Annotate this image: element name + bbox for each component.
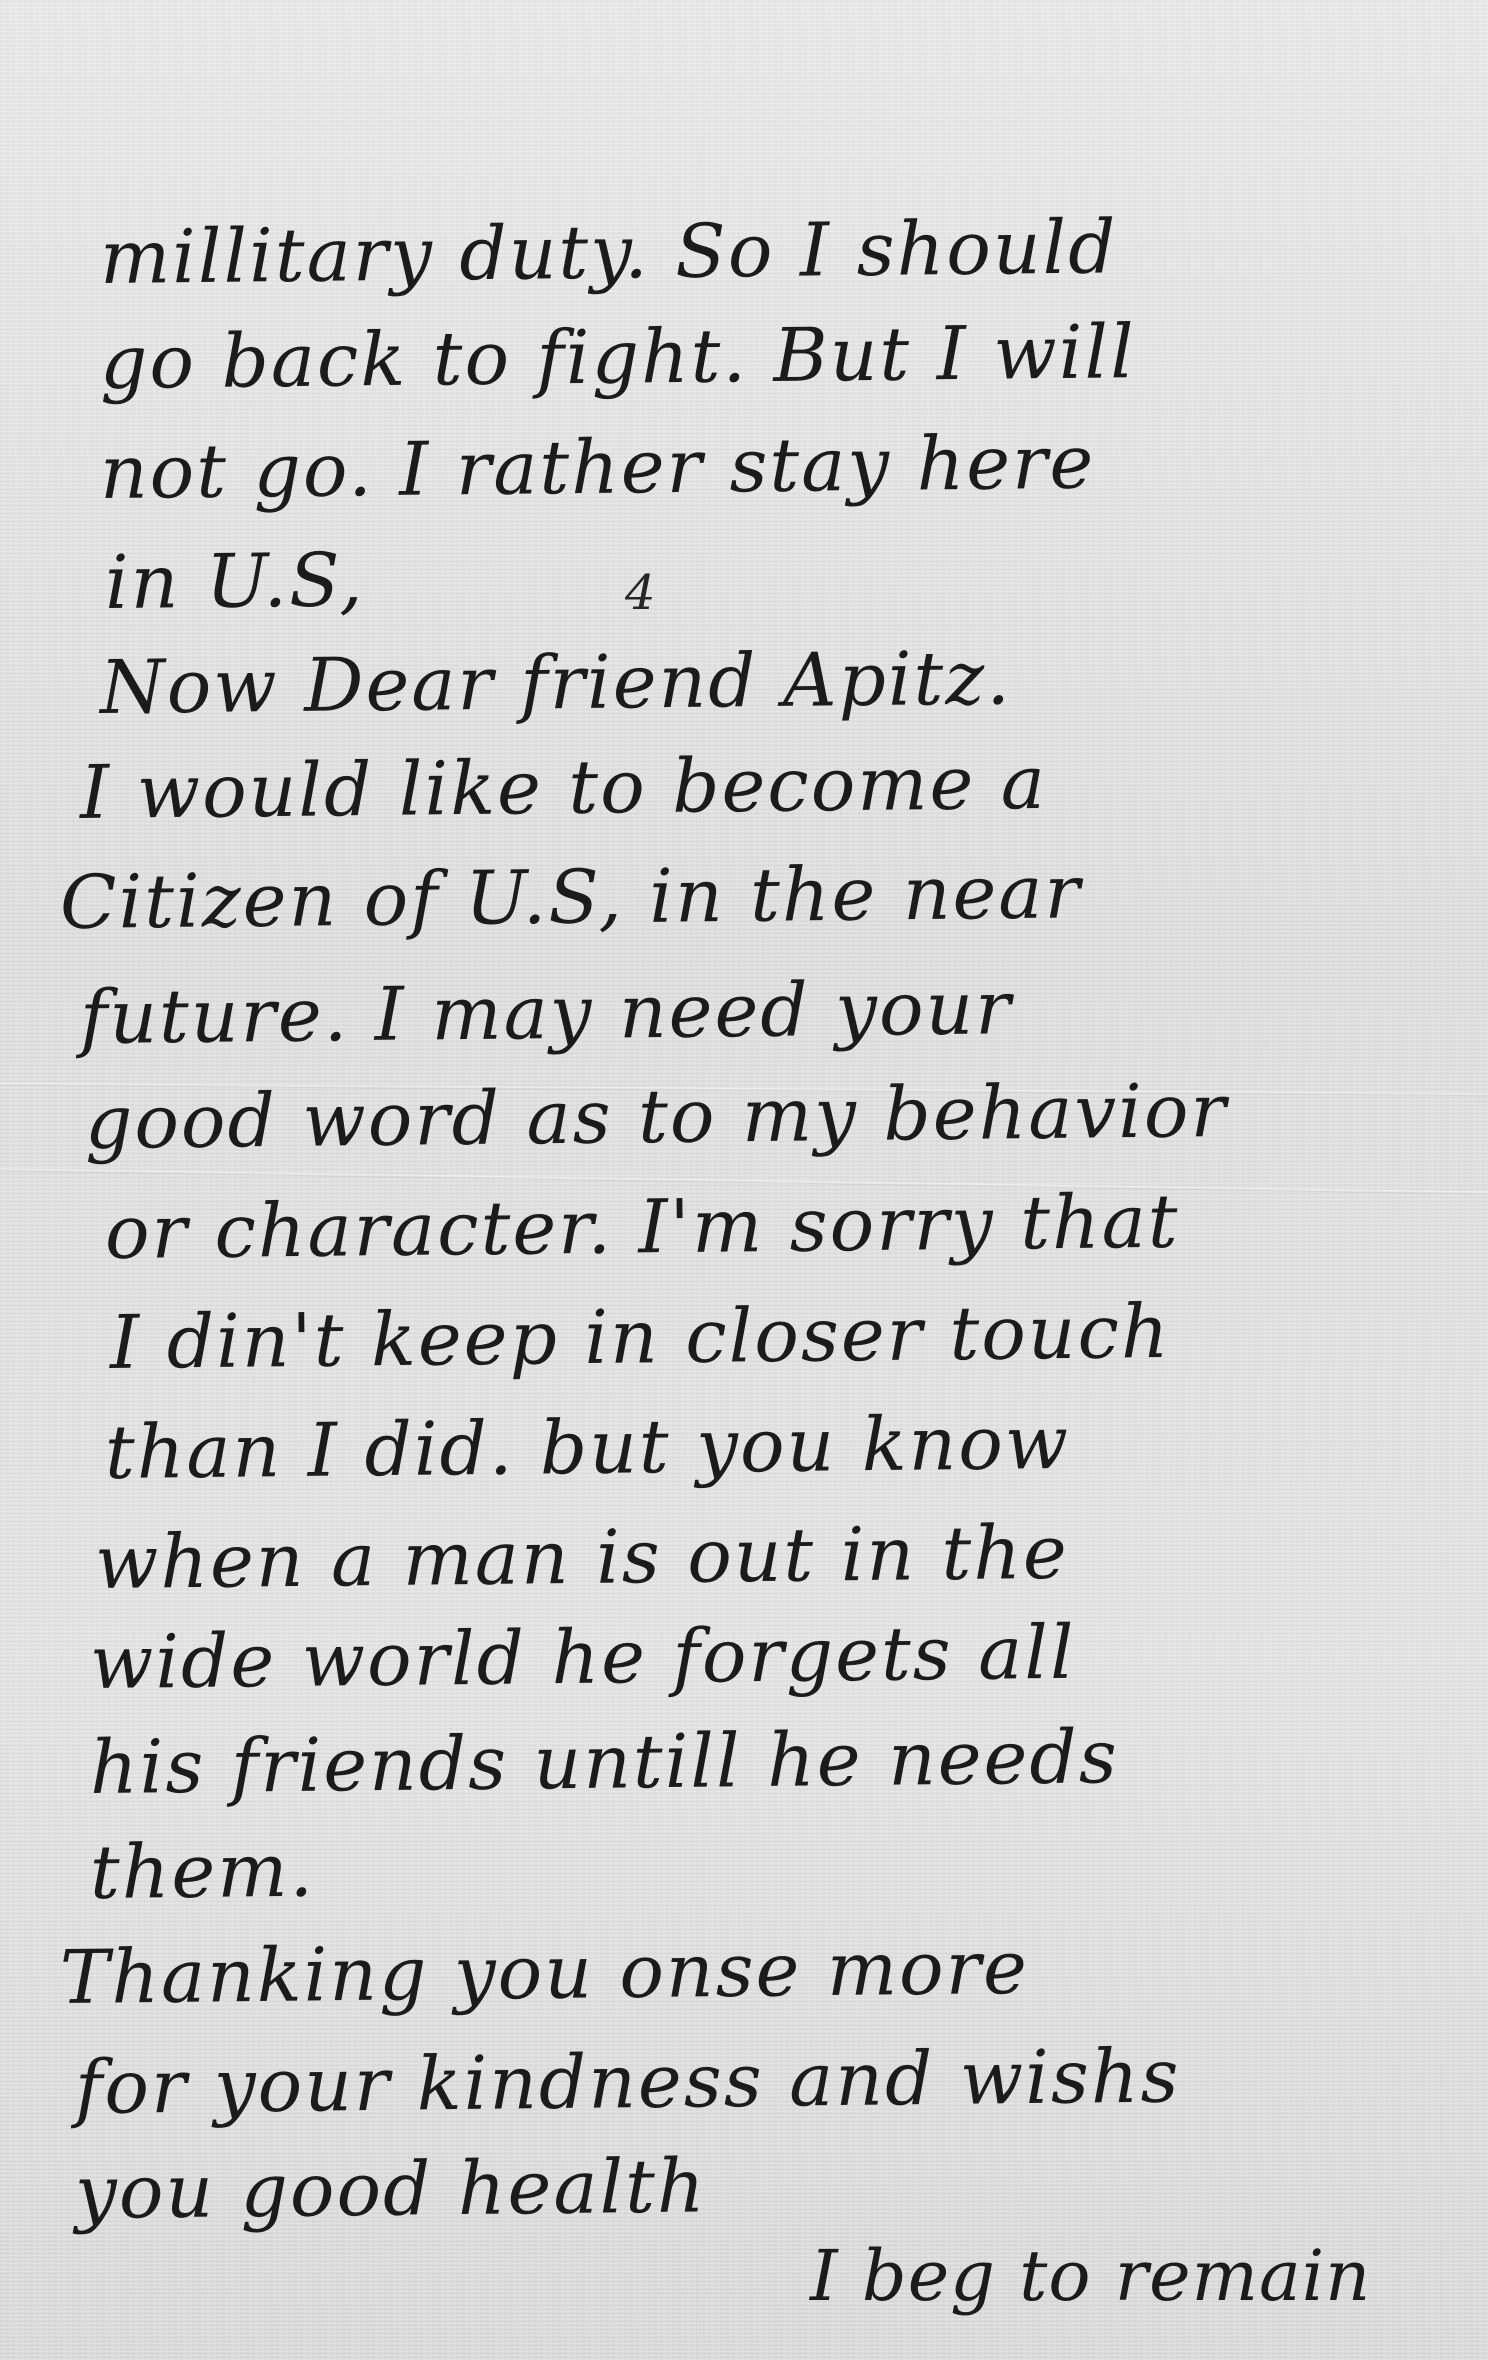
letter-line: not go. I rather stay here	[100, 420, 1096, 516]
letter-line: in U.S,	[105, 537, 365, 626]
letter-closing: I beg to remain	[810, 2235, 1371, 2317]
letter-line: wide world he forgets all	[90, 1610, 1077, 1706]
letter-line: Citizen of U.S, in the near	[60, 849, 1083, 946]
letter-line: Thanking you onse more	[60, 1925, 1030, 2021]
letter-page: millitary duty. So I should go back to f…	[0, 0, 1488, 2360]
page-number: 4	[625, 565, 656, 621]
letter-body: millitary duty. So I should go back to f…	[0, 0, 1488, 2360]
letter-line: go back to fight. But I will	[100, 309, 1137, 406]
letter-line: his friends untill he needs	[90, 1714, 1120, 1811]
letter-line: than I did. but you know	[105, 1400, 1071, 1496]
letter-line: Now Dear friend Apitz.	[100, 635, 1013, 731]
letter-line: future. I may need your	[80, 965, 1013, 1061]
letter-line: good word as to my behavior	[85, 1068, 1229, 1166]
letter-line: you good health	[75, 2143, 707, 2236]
letter-line: for your kindness and wishs	[75, 2033, 1181, 2131]
letter-line: them.	[90, 1828, 316, 1916]
letter-line: I din't keep in closer touch	[110, 1289, 1171, 1386]
letter-line: I would like to become a	[80, 740, 1048, 836]
letter-line: when a man is out in the	[95, 1510, 1070, 1606]
letter-line: or character. I'm sorry that	[105, 1179, 1180, 1276]
letter-line: millitary duty. So I should	[100, 204, 1118, 301]
